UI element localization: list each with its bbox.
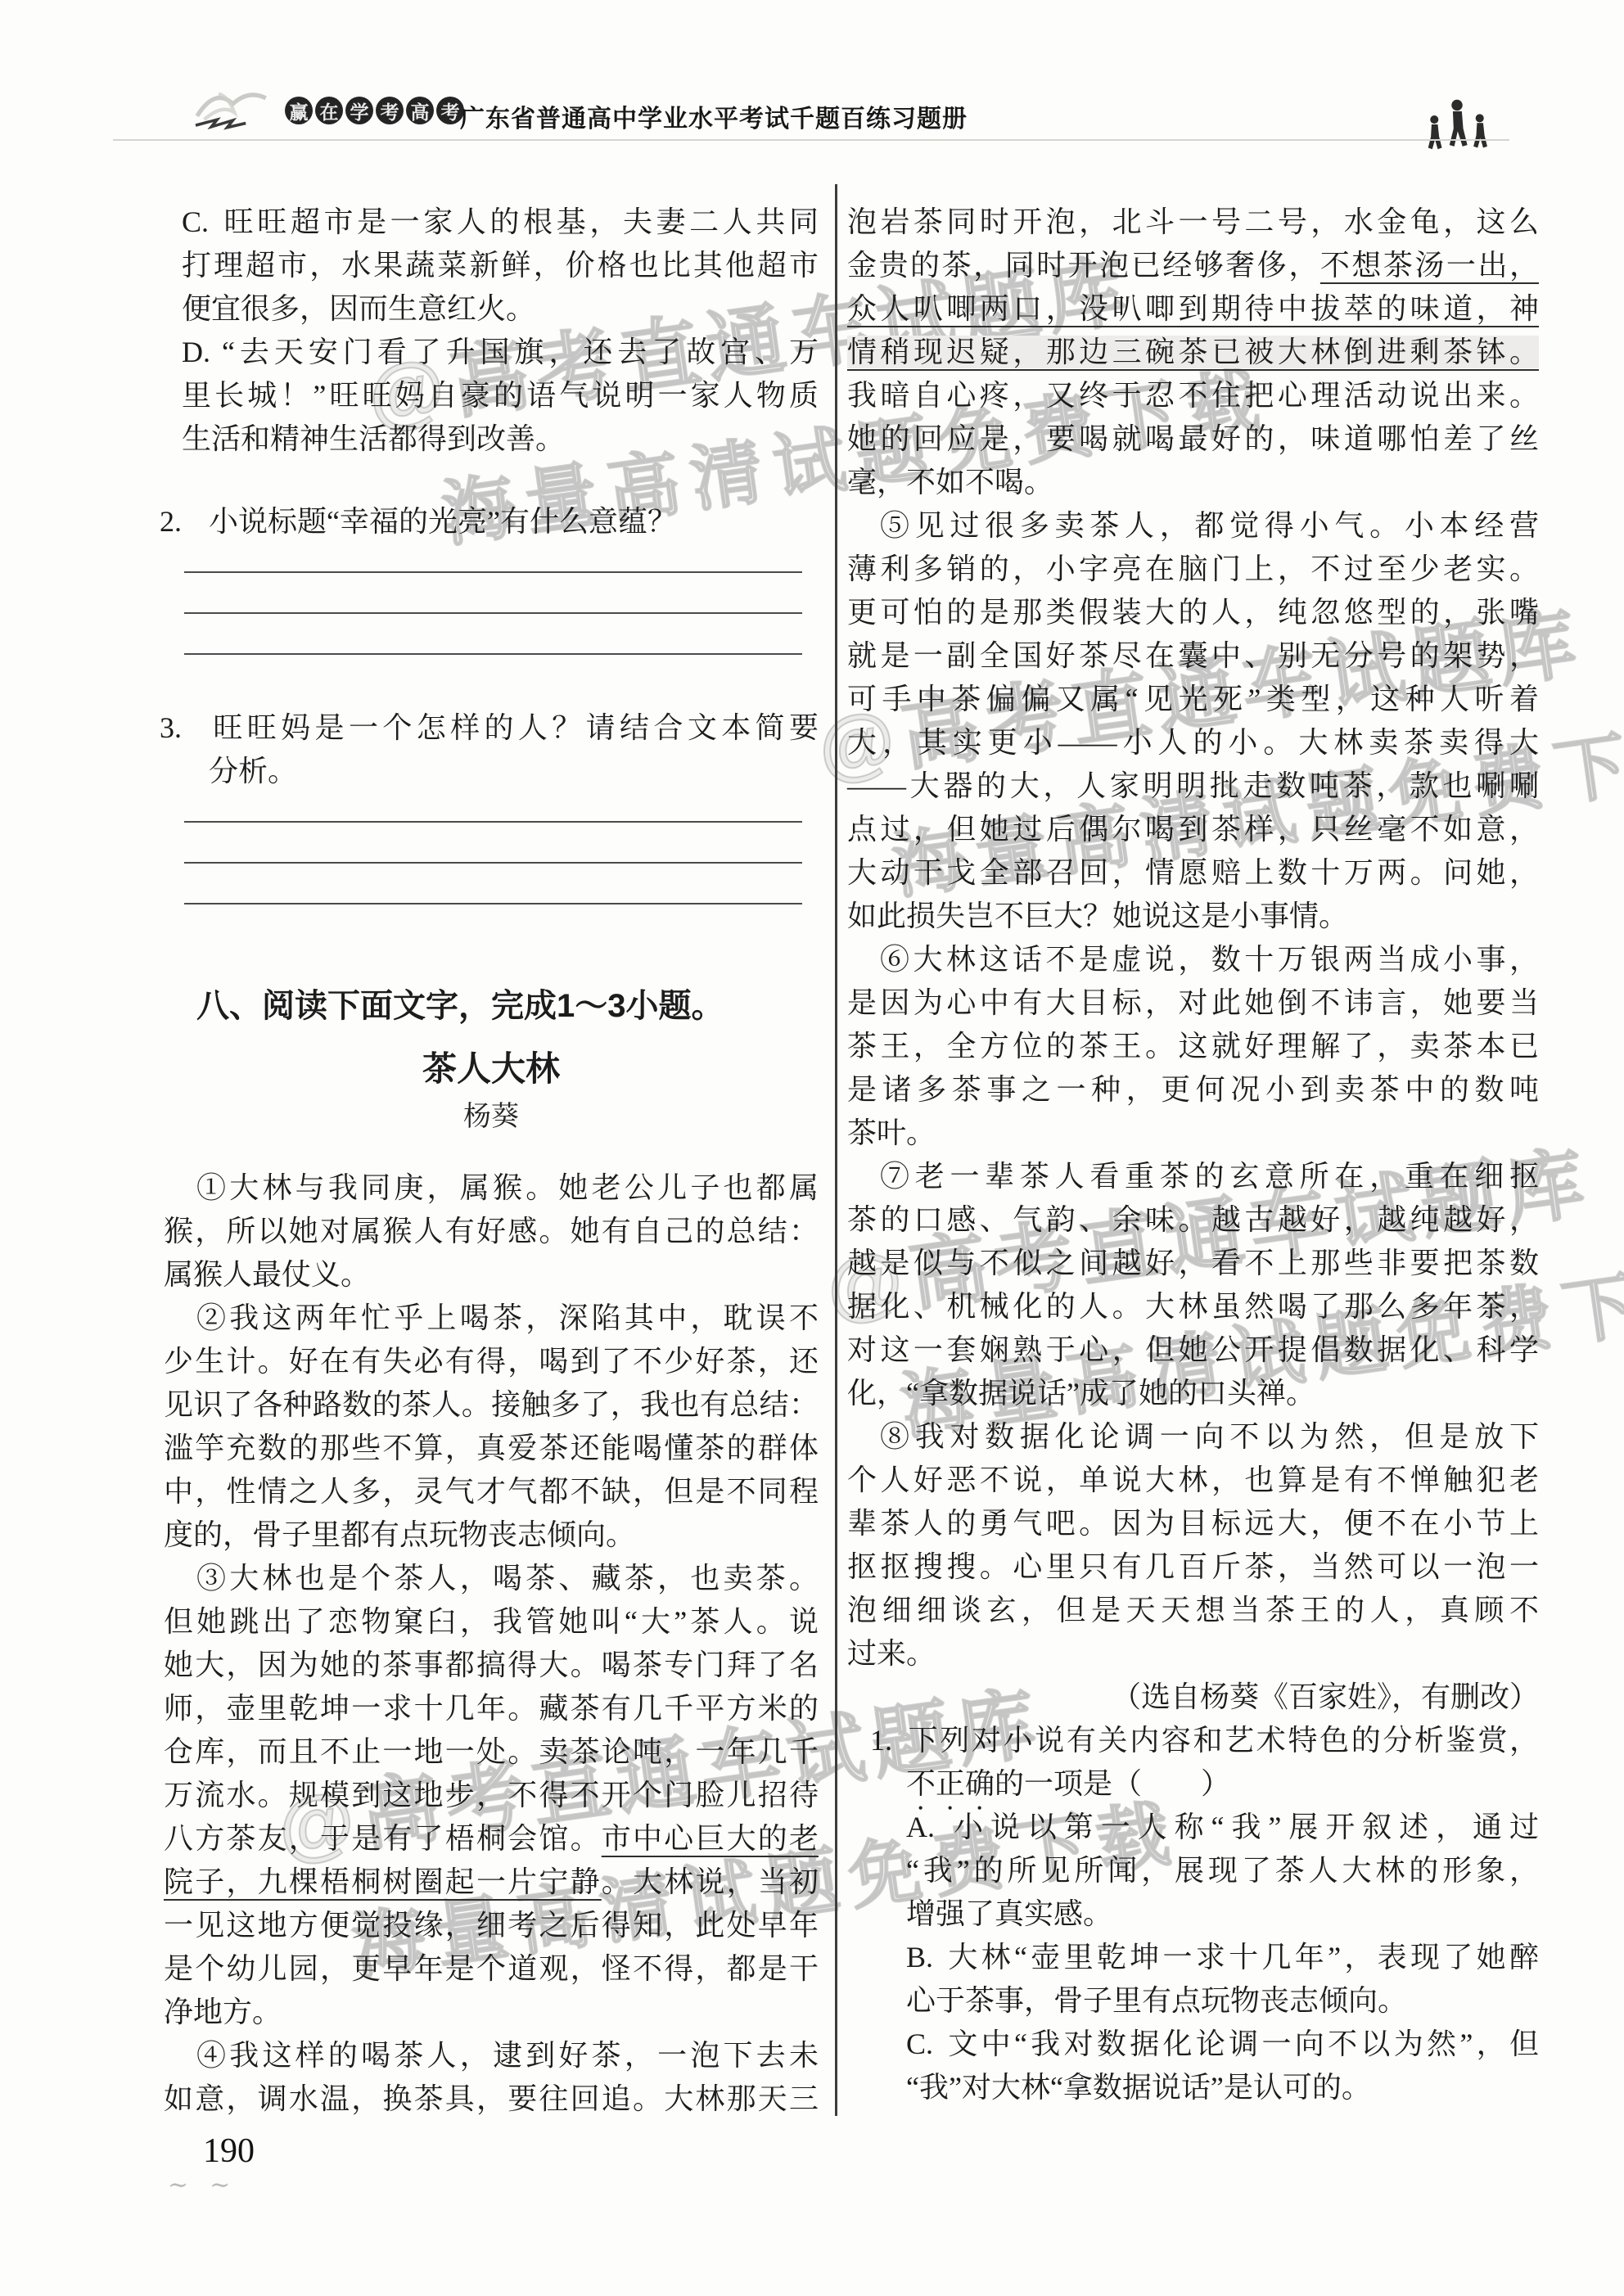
option-label: B. — [906, 1941, 933, 1973]
article-line: 猴，所以她对属猴人有好感。她有自己的总结： — [164, 1210, 819, 1253]
underlined-text: 情稍现迟疑，那边三碗茶已被大林倒进剩茶钵。 — [847, 336, 1539, 368]
article-line: 据化、机械化的人。大林虽然喝了那么多年茶， — [847, 1285, 1539, 1328]
article-line: ——大器的大，人家明明批走数吨茶，款也唰唰 — [847, 765, 1539, 808]
logo-badge: 学 — [345, 97, 373, 124]
article-line: 更可怕的是那类假装大的人，纯忽悠型的，张嘴 — [847, 591, 1539, 634]
header-rule — [113, 139, 1509, 141]
question-1: 1.下列对小说有关内容和艺术特色的分析鉴赏， — [870, 1719, 1539, 1762]
article-author: 杨葵 — [164, 1096, 819, 1139]
article-line: 见识了各种路数的茶人。接触多了，我也有总结： — [164, 1383, 819, 1427]
article-line: 一见这地方便觉投缘，细考之后得知，此处早年 — [164, 1904, 819, 1947]
article-line: 就是一副全国好茶尽在囊中、别无分号的架势， — [847, 634, 1539, 678]
article-line: 中，性情之人多，灵气才气都不缺，但是不同程 — [164, 1470, 819, 1513]
logo-badge: 考 — [376, 97, 404, 124]
article-line: 如此损失岂不巨大？她说这是小事情。 — [847, 895, 1539, 938]
article-line: ⑥大林这话不是虚说，数十万银两当成小事， — [847, 938, 1539, 981]
running-people-icon — [1423, 97, 1491, 165]
page-number: 190 — [203, 2131, 255, 2171]
article-line: 大动干戈全部召回，情愿赔上数十万两。问她， — [847, 851, 1539, 895]
option-line: 便宜很多，因而生意红火。 — [182, 287, 819, 331]
page-footer-flourish: ∼∼ — [168, 2171, 251, 2199]
article-line: 是个幼儿园，更早年是个道观，怪不得，都是干 — [164, 1947, 819, 1991]
question-number: 2. — [160, 500, 209, 544]
article-line: 如意，调水温，换茶具，要往回追。大林那天三 — [164, 2077, 819, 2121]
option-line: A.小说以第一人称“我”展开叙述，通过 — [906, 1806, 1539, 1849]
article-line: 但她跳出了恋物窠臼，我管她叫“大”茶人。说 — [164, 1600, 819, 1644]
article-line: 属猴人最仗义。 — [164, 1253, 819, 1297]
article-title: 茶人大林 — [164, 1045, 819, 1093]
article-line: 泡岩茶同时开泡，北斗一号二号，水金龟，这么 — [847, 201, 1539, 244]
article-line: ⑦老一辈茶人看重茶的玄意所在，重在细抠 — [847, 1155, 1539, 1198]
article-line: 毫，不如不喝。 — [847, 461, 1539, 504]
logo-badge: 在 — [315, 97, 343, 124]
answer-blank-line — [184, 614, 802, 655]
question-number: 1. — [870, 1719, 906, 1762]
option-line: 打理超市，水果蔬菜新鲜，价格也比其他超市 — [182, 244, 819, 287]
option-label: C. — [906, 2028, 933, 2060]
article-line: 抠抠搜搜。心里只有几百斤茶，当然可以一泡一 — [847, 1545, 1539, 1589]
option-line: 增强了真实感。 — [906, 1892, 1539, 1936]
article-line: 对这一套娴熟于心，但她公开提倡数据化、科学 — [847, 1328, 1539, 1372]
article-line: 我暗自心疼，又终于忍不住把心理活动说出来。 — [847, 374, 1539, 417]
article-line: ③大林也是个茶人，喝茶、藏茶，也卖茶。 — [164, 1557, 819, 1600]
article-line: 净地方。 — [164, 1991, 819, 2034]
option-line: C.旺旺超市是一家人的根基，夫妻二人共同 — [182, 201, 819, 244]
option-line: “我”对大林“拿数据说话”是认可的。 — [906, 2066, 1539, 2109]
article-line: 师，壶里乾坤一求十几年。藏茶有几千平方米的 — [164, 1687, 819, 1730]
option-label: C. — [182, 205, 209, 238]
article-line: 是诸多茶事之一种，更何况小到卖茶中的数吨 — [847, 1068, 1539, 1112]
option-label: D. — [182, 336, 210, 368]
article-line: ②我这两年忙乎上喝茶，深陷其中，耽误不 — [164, 1297, 819, 1340]
article-line: 化，“拿数据说话”成了她的口头禅。 — [847, 1372, 1539, 1415]
question-number: 3. — [160, 706, 209, 750]
question-1-continuation: 不正确的一项是（ ） — [906, 1762, 1539, 1806]
answer-blank-line — [184, 823, 802, 864]
option-line: 心于茶事，骨子里有点玩物丧志倾向。 — [906, 1979, 1539, 2023]
header-book-title: 广东省普通高中学业水平考试千题百练习题册 — [460, 98, 968, 134]
logo-badge: 赢 — [285, 97, 313, 124]
option-line: 里长城！”旺旺妈自豪的语气说明一家人物质 — [182, 374, 819, 417]
article-line: 万流水。规模到这地步，不得不开个门脸儿招待 — [164, 1774, 819, 1817]
article-line: 少生计。好在有失必有得，喝到了不少好茶，还 — [164, 1340, 819, 1383]
article-line: 茶的口感、气韵、余味。越古越好，越纯越好， — [847, 1198, 1539, 1242]
article-line-underlined: 院子，九棵梧桐树圈起一片宁静。大林说，当初 — [164, 1861, 819, 1904]
source-attribution: （选自杨葵《百家姓》，有删改） — [847, 1676, 1539, 1719]
option-line: C.文中“我对数据化论调一向不以为然”，但 — [906, 2023, 1539, 2066]
article-line: ⑧我对数据化论调一向不以为然，但是放下 — [847, 1415, 1539, 1459]
article-line: 是因为心中有大目标，对此她倒不讳言，她要当 — [847, 981, 1539, 1025]
column-divider — [835, 184, 837, 2116]
option-line: B.大林“壶里乾坤一求十几年”，表现了她醉 — [906, 1936, 1539, 1979]
article-line: 过来。 — [847, 1632, 1539, 1676]
right-column: 泡岩茶同时开泡，北斗一号二号，水金龟，这么 金贵的茶，同时开泡已经够奢侈，不想茶… — [847, 201, 1539, 2109]
article-line: 她的回应是，要喝就喝最好的，味道哪怕差了丝 — [847, 417, 1539, 461]
underlined-text: 众人叭唧两口，没叭唧到期待中拔萃的味道，神 — [847, 292, 1539, 325]
article-line: 茶叶。 — [847, 1112, 1539, 1155]
article-line: 可手中茶偏偏又属“见光死”类型，这种人听着 — [847, 678, 1539, 721]
article-line: 度的，骨子里都有点玩物丧志倾向。 — [164, 1513, 819, 1557]
article-line-underlined: 八方茶友，于是有了梧桐会馆。市中心巨大的老 — [164, 1817, 819, 1861]
logo-badge: 高 — [406, 97, 434, 124]
article-line: ④我这样的喝茶人，逮到好茶，一泡下去未 — [164, 2034, 819, 2077]
underlined-text: 市中心巨大的老 — [602, 1822, 819, 1855]
question-3: 3.旺旺妈是一个怎样的人？请结合文本简要 — [160, 706, 819, 750]
option-line: “我”的所见所闻，展现了茶人大林的形象， — [906, 1849, 1539, 1892]
left-column: C.旺旺超市是一家人的根基，夫妻二人共同 打理超市，水果蔬菜新鲜，价格也比其他超… — [164, 201, 819, 2121]
answer-blank-line — [184, 573, 802, 614]
article-line: 越是似与不似之间越好，看不上那些非要把茶数 — [847, 1242, 1539, 1285]
series-logo-badges: 赢 在 学 考 高 考 — [285, 97, 464, 124]
article-line: 个人好恶不说，单说大林，也算是有不惮触犯老 — [847, 1459, 1539, 1502]
article-line-underlined: 众人叭唧两口，没叭唧到期待中拔萃的味道，神 — [847, 287, 1539, 331]
article-line: ⑤见过很多卖茶人，都觉得小气。小本经营 — [847, 504, 1539, 548]
option-line: D.“去天安门看了升国旗，还去了故宫、万 — [182, 331, 819, 374]
article-line-underlined: 情稍现迟疑，那边三碗茶已被大林倒进剩茶钵。 — [847, 331, 1539, 374]
article-line: 大，其实更小——小人的小。大林卖茶卖得大 — [847, 721, 1539, 765]
article-line: 滥竽充数的那些不算，真爱茶还能喝懂茶的群体 — [164, 1427, 819, 1470]
underlined-text: 不想茶汤一出， — [1320, 249, 1539, 282]
article-line-underlined: 金贵的茶，同时开泡已经够奢侈，不想茶汤一出， — [847, 244, 1539, 287]
article-line: 她大，因为她的茶事都搞得大。喝茶专门拜了名 — [164, 1644, 819, 1687]
underlined-text: 院子，九棵梧桐树圈起一片宁静 — [164, 1865, 602, 1898]
option-line: 生活和精神生活都得到改善。 — [182, 417, 819, 461]
option-label: A. — [906, 1811, 935, 1843]
article-line: ①大林与我同庚，属猴。她老公儿子也都属 — [164, 1166, 819, 1210]
section-heading: 八、阅读下面文字，完成1～3小题。 — [196, 983, 819, 1029]
article-line: 薄利多销的，小字亮在脑门上，不过至少老实。 — [847, 548, 1539, 591]
answer-blank-line — [184, 864, 802, 904]
article-line: 泡细细谈玄，但是天天想当茶王的人，真顾不 — [847, 1589, 1539, 1632]
emphasized-text: 不正确 — [906, 1767, 995, 1800]
workbook-page: 赢 在 学 考 高 考 广东省普通高中学业水平考试千题百练习题册 @高考直通车试… — [0, 0, 1624, 2296]
article-line: 点过，但她过后偶尔喝到茶样，只丝毫不如意， — [847, 808, 1539, 851]
article-line: 辈茶人的勇气吧。因为目标远大，便不在小节上 — [847, 1502, 1539, 1545]
article-line: 茶王，全方位的茶王。这就好理解了，卖茶本已 — [847, 1025, 1539, 1068]
publisher-bird-logo-icon — [190, 83, 276, 138]
article-line: 仓库，而且不止一地一处。卖茶论吨，一年几千 — [164, 1730, 819, 1774]
